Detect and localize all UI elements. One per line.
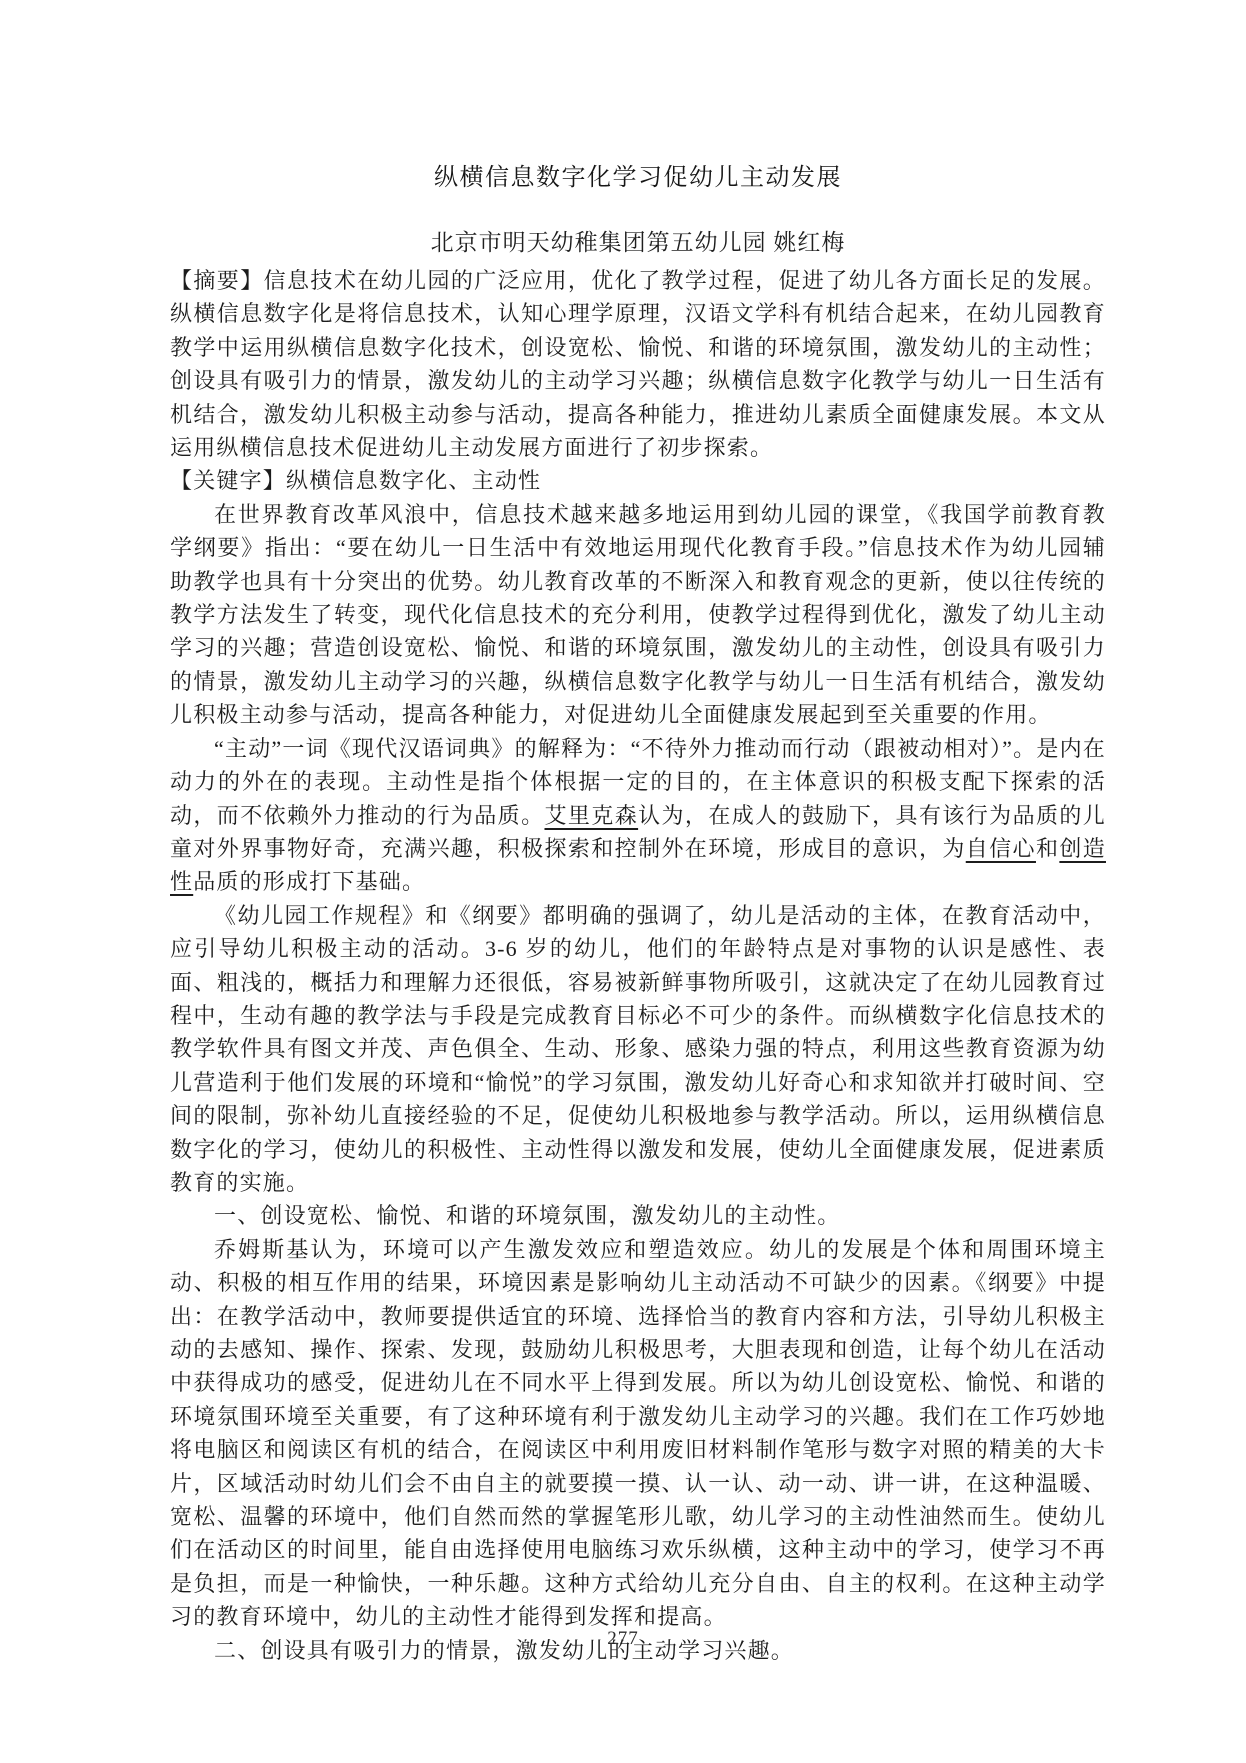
para2-segment-7: 品质的形成打下基础。	[193, 869, 425, 894]
abstract-paragraph: 【摘要】信息技术在幼儿园的广泛应用，优化了教学过程，促进了幼儿各方面长足的发展。…	[170, 264, 1106, 464]
author-byline: 北京市明天幼稚集团第五幼儿园 姚红梅	[170, 226, 1106, 260]
abstract-text: 信息技术在幼儿园的广泛应用，优化了教学过程，促进了幼儿各方面长足的发展。纵横信息…	[170, 268, 1106, 460]
document-page: 纵横信息数字化学习促幼儿主动发展 北京市明天幼稚集团第五幼儿园 姚红梅 【摘要】…	[0, 0, 1246, 1763]
paragraph-initiative-definition: “主动”一词《现代汉语词典》的解释为：“不待外力推动而行动（跟被动相对）”。是内…	[170, 732, 1106, 899]
paragraph-environment: 乔姆斯基认为，环境可以产生激发效应和塑造效应。幼儿的发展是个体和周围环境主动、积…	[170, 1233, 1106, 1634]
document-content: 纵横信息数字化学习促幼儿主动发展 北京市明天幼稚集团第五幼儿园 姚红梅 【摘要】…	[170, 160, 1106, 1667]
keywords-label: 【关键字】	[170, 468, 286, 493]
paragraph-regulations: 《幼儿园工作规程》和《纲要》都明确的强调了，幼儿是活动的主体，在教育活动中，应引…	[170, 899, 1106, 1200]
section-heading-1: 一、创设宽松、愉悦、和谐的环境氛围，激发幼儿的主动性。	[170, 1199, 1106, 1232]
keywords-text: 纵横信息数字化、主动性	[286, 468, 541, 493]
page-number: 277	[0, 1628, 1246, 1650]
paragraph-introduction: 在世界教育改革风浪中，信息技术越来越多地运用到幼儿园的课堂，《我国学前教育教学纲…	[170, 498, 1106, 732]
para2-underlined-confidence: 自信心	[966, 836, 1036, 861]
document-title: 纵横信息数字化学习促幼儿主动发展	[170, 160, 1106, 196]
keywords-paragraph: 【关键字】纵横信息数字化、主动性	[170, 464, 1106, 497]
para2-segment-5: 和	[1036, 836, 1059, 861]
para2-underlined-erikson: 艾里克森	[544, 803, 638, 828]
abstract-label: 【摘要】	[170, 268, 264, 293]
